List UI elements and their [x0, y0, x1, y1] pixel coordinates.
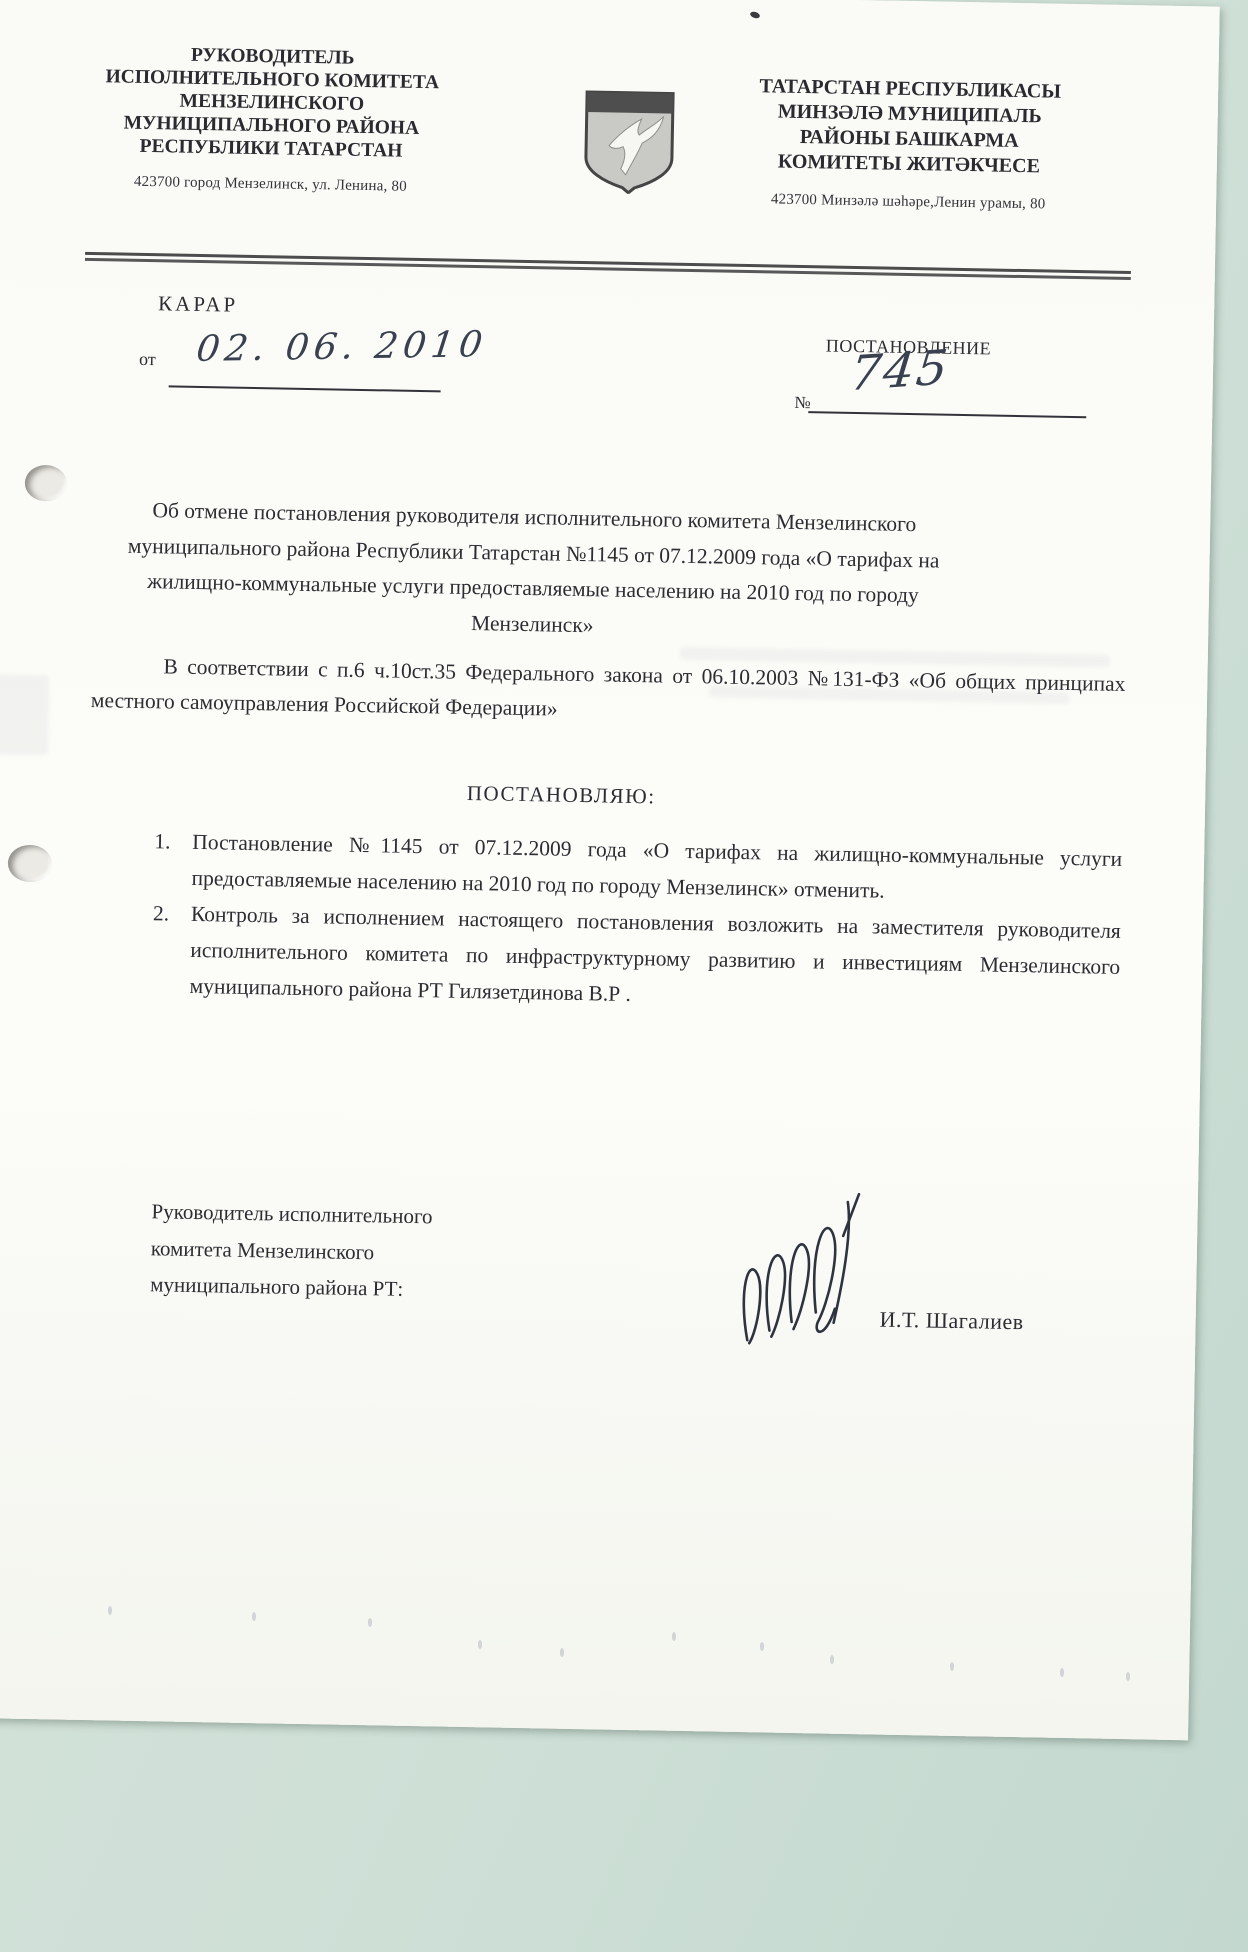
scan-speck — [252, 1612, 256, 1621]
scan-speck — [830, 1655, 834, 1664]
scanned-document: РУКОВОДИТЕЛЬ ИСПОЛНИТЕЛЬНОГО КОМИТЕТА МЕ… — [0, 0, 1248, 1952]
list-item-number: 1. — [154, 823, 193, 860]
signatory-position-line: муниципального района РТ: — [150, 1266, 611, 1311]
list-item-text: Контроль за исполнением настоящего поста… — [189, 896, 1121, 1021]
document-page: РУКОВОДИТЕЛЬ ИСПОЛНИТЕЛЬНОГО КОМИТЕТА МЕ… — [0, 0, 1220, 1740]
issuer-name-russian: РУКОВОДИТЕЛЬ ИСПОЛНИТЕЛЬНОГО КОМИТЕТА МЕ… — [52, 41, 491, 200]
scan-speck — [950, 1662, 954, 1671]
issuer-address-tatar: 423700 Минзәлә шәһәре,Ленин урамы, 80 — [696, 186, 1120, 219]
number-underline — [808, 411, 1086, 418]
signatory-position: Руководитель исполнительного комитета Ме… — [150, 1193, 612, 1311]
letterhead-divider — [85, 252, 1131, 280]
number-label: № — [794, 393, 811, 413]
issuer-name-tatar: ТАТАРСТАН РЕСПУБЛИКАСЫ МИНЗӘЛӘ МУНИЦИПАЛ… — [696, 73, 1122, 219]
handwritten-number: 745 — [847, 340, 952, 402]
hole-punch — [25, 465, 68, 502]
date-underline — [169, 385, 441, 392]
scan-speck — [368, 1618, 372, 1627]
scan-speck — [478, 1640, 482, 1649]
document-title: Об отмене постановления руководителя исп… — [126, 493, 940, 650]
scan-speck — [672, 1632, 676, 1641]
scan-speck — [108, 1606, 112, 1615]
list-item-number: 2. — [153, 895, 192, 932]
scan-speck — [1126, 1672, 1130, 1681]
scan-speck — [760, 1642, 764, 1651]
ink-bleed-through — [0, 674, 49, 755]
resolve-word: ПОСТАНОВЛЯЮ: — [31, 773, 1091, 817]
scan-speck — [1060, 1668, 1064, 1677]
issuer-address-russian: 423700 город Мензелинск, ул. Ленина, 80 — [52, 169, 488, 200]
doc-type-tatar: КАРАР — [158, 291, 238, 317]
handwritten-signature-icon — [733, 1180, 876, 1368]
list-item: 2. Контроль за исполнением настоящего по… — [151, 895, 1121, 1021]
handwritten-date: 02. 06. 2010 — [194, 324, 489, 370]
hole-punch — [8, 845, 53, 883]
resolution-list: 1. Постановление №1145 от 07.12.2009 год… — [151, 823, 1122, 1021]
coat-of-arms-dove-icon — [578, 85, 680, 195]
signatory-name: И.Т. Шагалиев — [879, 1307, 1023, 1336]
scan-speck — [560, 1648, 564, 1657]
date-label: от — [139, 349, 156, 370]
